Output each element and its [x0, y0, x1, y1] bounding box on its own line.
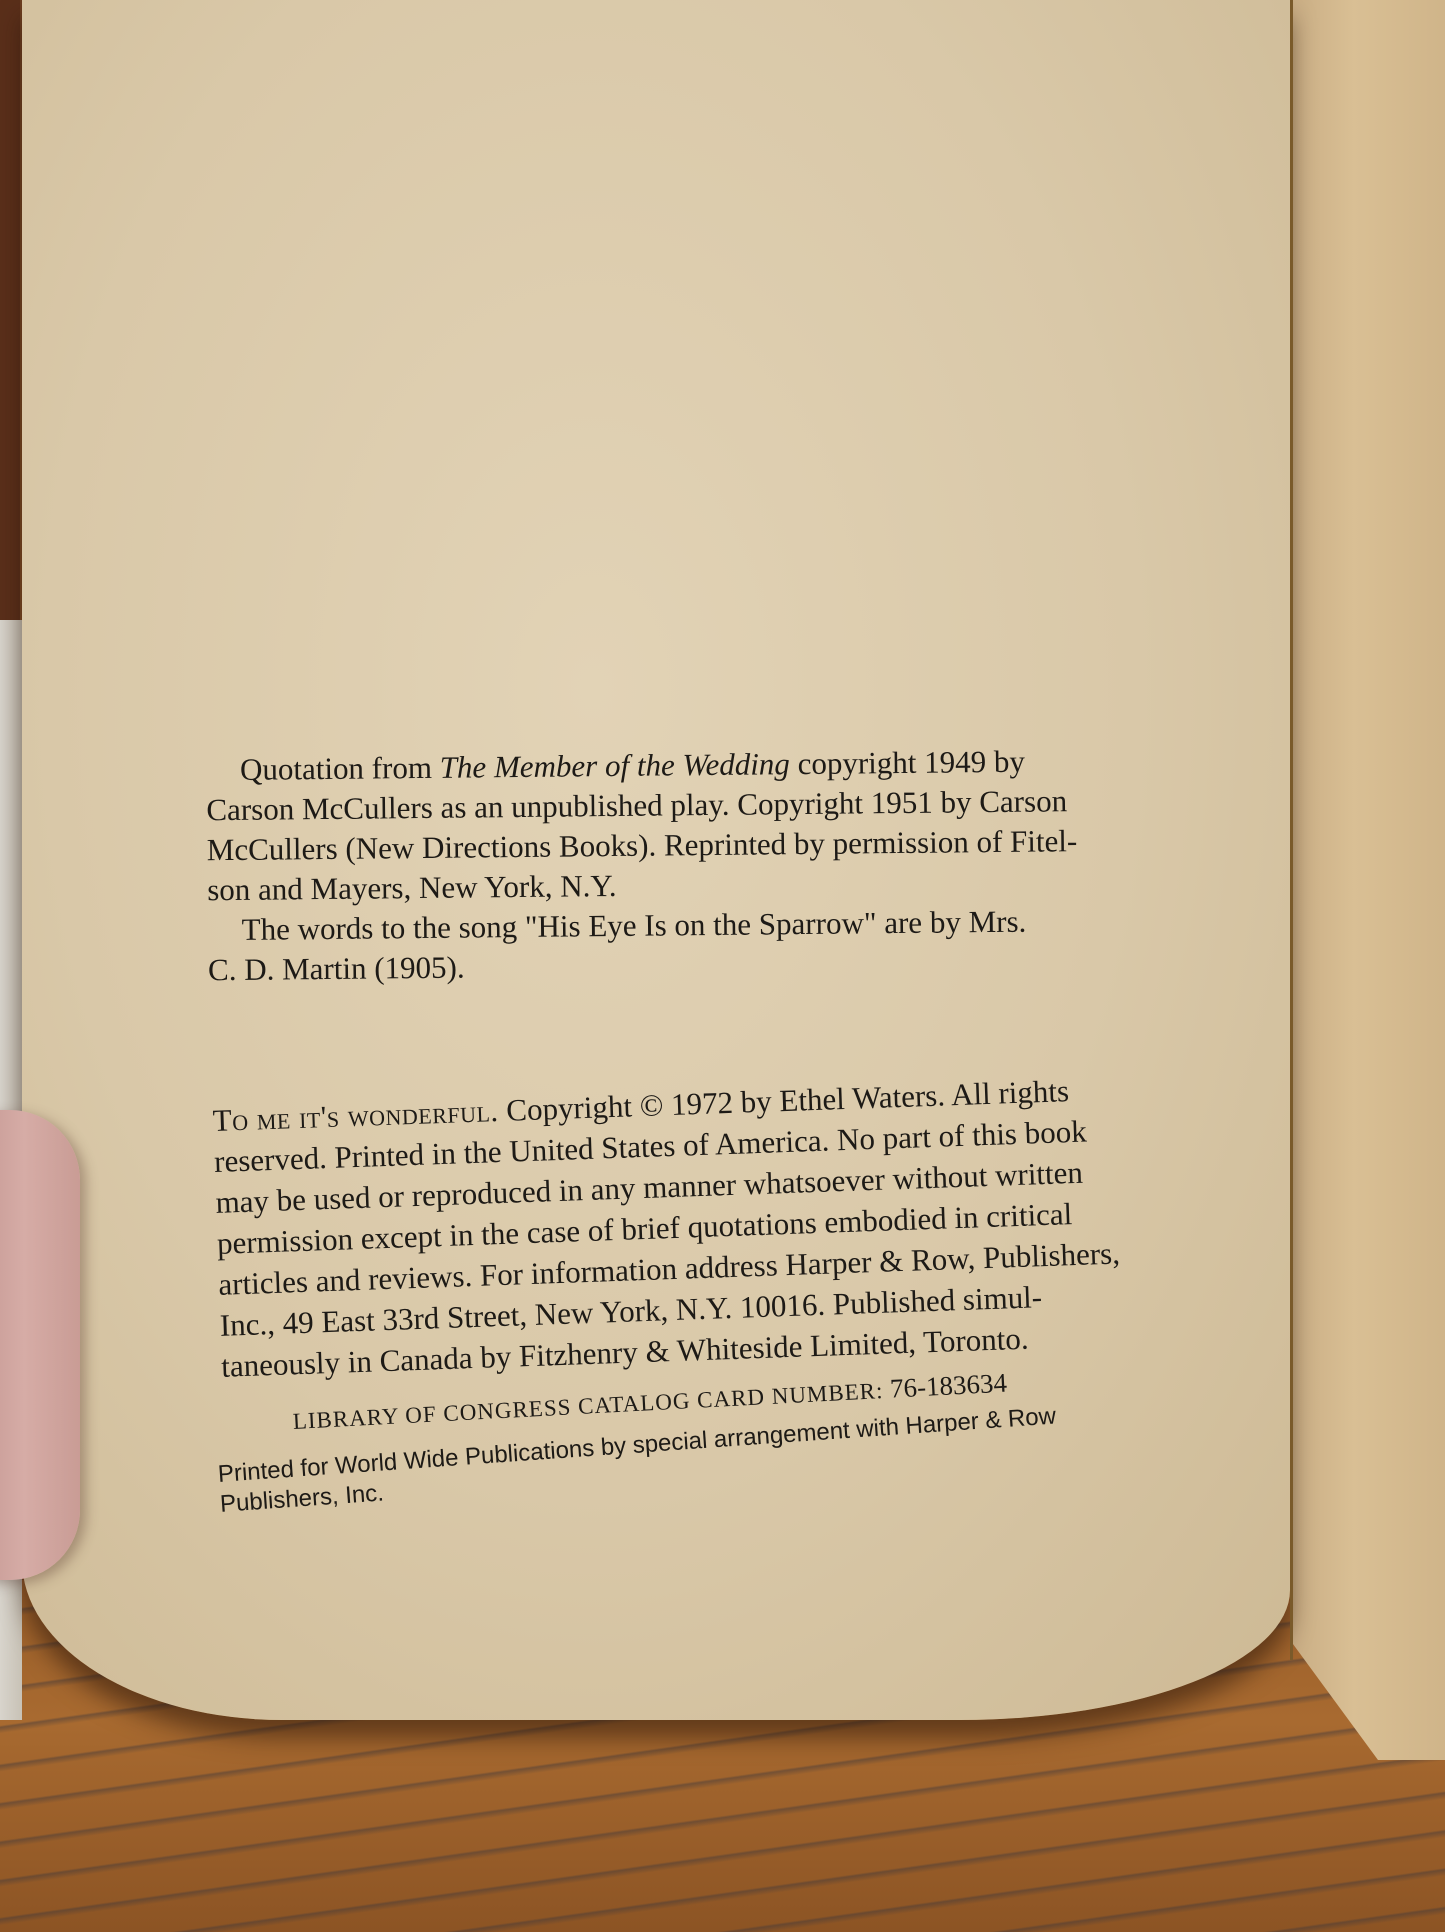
book-gutter [1290, 0, 1293, 1660]
background-edge [0, 0, 20, 620]
quotation-credits: Quotation from The Member of the Wedding… [206, 740, 1213, 991]
thumb [0, 1110, 80, 1580]
quoted-work-title: The Member of the Wedding [440, 746, 790, 785]
copyright-notice: To me it's wonderful. Copyright © 1972 b… [212, 1065, 1231, 1387]
book-page: Quotation from The Member of the Wedding… [22, 0, 1290, 1720]
quotation-suffix: copyright 1949 by [790, 744, 1025, 781]
quotation-prefix: Quotation from [240, 750, 440, 787]
facing-page [1290, 0, 1445, 1760]
lccn-number: 76-183634 [889, 1368, 1007, 1404]
book-title: To me it's wonderful. [212, 1093, 499, 1138]
